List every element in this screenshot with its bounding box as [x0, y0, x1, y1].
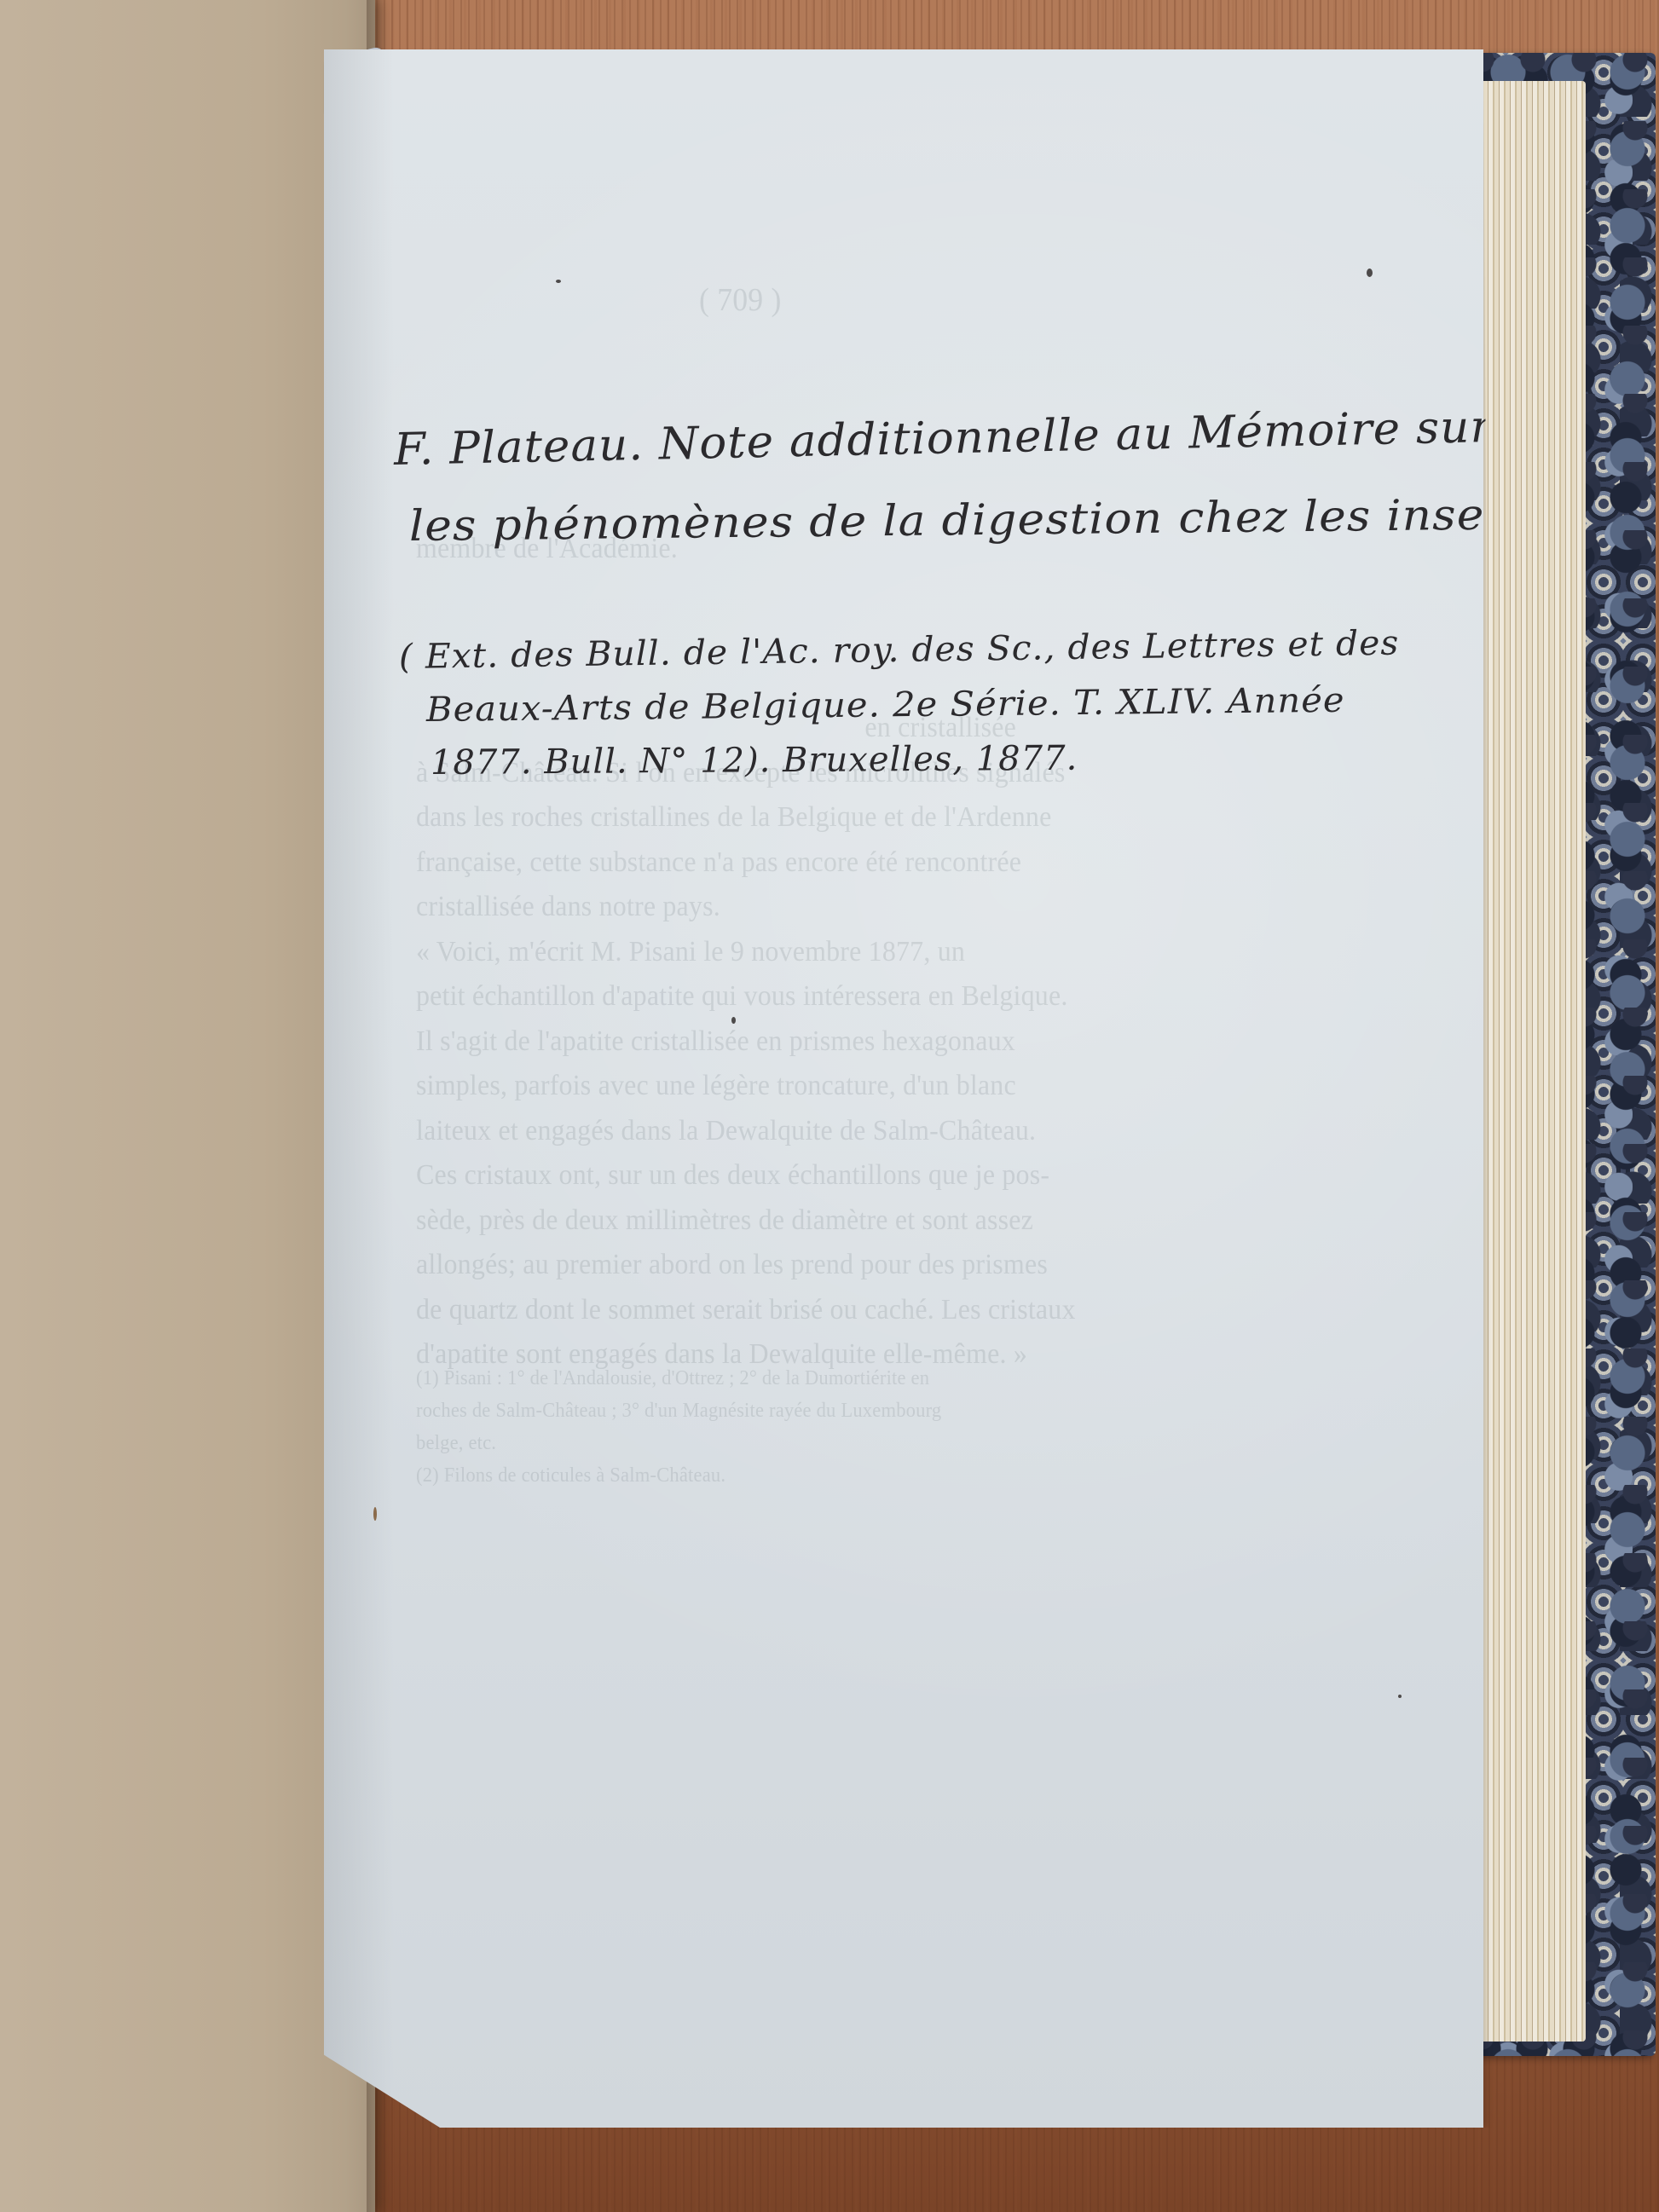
- page-edges-stack: [1466, 81, 1586, 2042]
- bleed-line: allongés; au premier abord on les prend …: [416, 1243, 1137, 1288]
- page-number: ( 709 ): [699, 278, 782, 322]
- bleed-line: dans les roches cristallines de la Belgi…: [416, 795, 1137, 840]
- show-through-footnotes: (1) Pisani : 1° de l'Andalousie, d'Ottre…: [416, 1362, 941, 1492]
- bleed-line: [416, 572, 1137, 617]
- bleed-line: française, cette substance n'a pas encor…: [416, 840, 1137, 886]
- bleed-line: Ces cristaux ont, sur un des deux échant…: [416, 1153, 1137, 1198]
- bleed-line: « Voici, m'écrit M. Pisani le 9 novembre…: [416, 930, 1137, 975]
- bleed-footnote-line: (1) Pisani : 1° de l'Andalousie, d'Ottre…: [416, 1362, 941, 1395]
- bleed-line: petit échantillon d'apatite qui vous int…: [416, 974, 1137, 1019]
- bleed-footnote-line: roches de Salm-Château ; 3° d'un Magnési…: [416, 1395, 941, 1427]
- ink-speck: [1367, 269, 1373, 277]
- handwritten-title-line-2: les phénomènes de la digestion chez les …: [409, 488, 1598, 551]
- bleed-line: laiteux et engagés dans la Dewalquite de…: [416, 1109, 1137, 1154]
- left-page-board: [0, 0, 375, 2212]
- bleed-line: cristallisée dans notre pays.: [416, 885, 1137, 930]
- bleed-line: simples, parfois avec une légère troncat…: [416, 1064, 1137, 1109]
- ink-speck: [556, 280, 561, 283]
- bleed-footnote-line: (2) Filons de coticules à Salm-Château.: [416, 1459, 941, 1492]
- bleed-line: de quartz dont le sommet serait brisé ou…: [416, 1288, 1137, 1333]
- bleed-line: sède, près de deux millimètres de diamèt…: [416, 1198, 1137, 1244]
- paper-fiber-speck: [373, 1507, 377, 1521]
- handwritten-source-line-3: 1877. Bull. N° 12). Bruxelles, 1877.: [431, 739, 1078, 783]
- main-page: ( 709 ) membre de l'Académie. en cristal…: [324, 49, 1483, 2128]
- bleed-line: Il s'agit de l'apatite cristallisée en p…: [416, 1019, 1137, 1065]
- handwritten-title-line-1: F. Plateau. Note additionnelle au Mémoir…: [393, 401, 1493, 476]
- ink-speck: [731, 1017, 736, 1024]
- bleed-footnote-line: belge, etc.: [416, 1427, 941, 1459]
- ink-speck: [1398, 1695, 1402, 1698]
